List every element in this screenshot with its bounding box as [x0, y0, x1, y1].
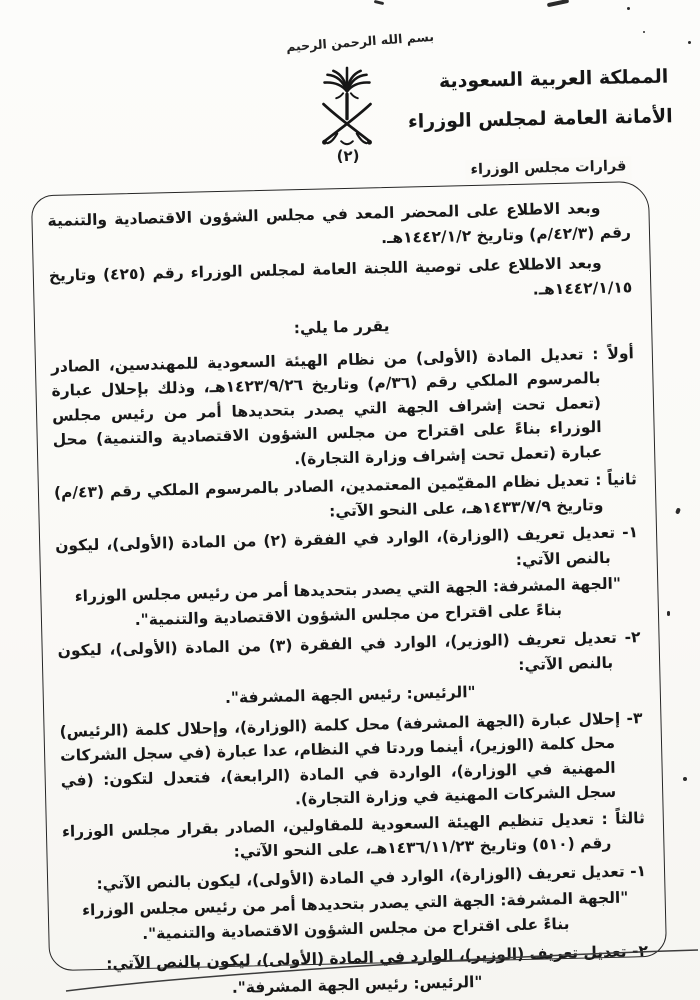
subclause-3: ٣- إحلال عبارة (الجهة المشرفة) محل كلمة …	[59, 706, 644, 818]
scan-speck	[683, 777, 687, 781]
scan-speck	[374, 0, 384, 5]
decision-heading: يقرر ما يلي:	[50, 308, 633, 346]
scanned-document-page: بسم الله الرحمن الرحيم (٢) المملكة الع	[0, 0, 700, 1000]
header-kingdom-title: المملكة العربية السعودية	[438, 66, 668, 93]
page-number: (٢)	[322, 147, 374, 165]
subclause-number: ٢-	[624, 628, 640, 646]
clause-label: ثانياً :	[595, 470, 637, 489]
scan-speck	[643, 31, 645, 33]
clause-second: ثانياً : تعديل نظام المقيّمين المعتمدين،…	[54, 467, 638, 530]
clause-first: أولاً : تعديل المادة (الأولى) من نظام ال…	[51, 341, 637, 477]
decision-frame: قرارات مجلس الوزراء وبعد الاطلاع على الم…	[31, 181, 667, 971]
scan-speck	[547, 0, 569, 7]
clause-text: تعديل المادة (الأولى) من نظام الهيئة الس…	[51, 345, 603, 468]
subclause-number: ٣-	[626, 709, 642, 727]
clause-text: تعديل نظام المقيّمين المعتمدين، الصادر ب…	[54, 471, 604, 520]
scan-speck	[688, 41, 691, 44]
preamble-paragraph-recommendation: وبعد الاطلاع على توصية اللجنة العامة لمج…	[49, 250, 633, 313]
clause-label: ثالثاً :	[601, 809, 645, 828]
decision-text-body: وبعد الاطلاع على المحضر المعد في مجلس ال…	[32, 182, 666, 970]
subclause-text: تعديل تعريف (الوزير)، الوارد في الفقرة (…	[57, 629, 617, 674]
subclause-number: ١-	[630, 862, 646, 880]
scan-speck	[667, 611, 670, 616]
subclause-text: تعديل تعريف (الوزارة)، الوارد في الفقرة …	[55, 524, 615, 569]
saudi-national-emblem-icon	[316, 64, 378, 152]
scan-speck	[675, 507, 681, 514]
bismillah-calligraphy: بسم الله الرحمن الرحيم	[286, 29, 435, 54]
preamble-paragraph-minutes: وبعد الاطلاع على المحضر المعد في مجلس ال…	[47, 195, 631, 258]
clause-label: أولاً :	[592, 344, 634, 363]
subclause-number: ٢-	[632, 942, 648, 960]
scan-speck	[627, 7, 630, 10]
header-secretariat-title: الأمانة العامة لمجلس الوزراء	[408, 105, 673, 133]
clause-text: تعديل تنظيم الهيئة السعودية للمقاولين، ا…	[62, 810, 612, 861]
section-title-cabinet-decisions: قرارات مجلس الوزراء	[465, 156, 631, 184]
subclause-number: ١-	[622, 523, 638, 541]
subclause-text: إحلال عبارة (الجهة المشرفة) محل كلمة (ال…	[59, 709, 620, 808]
